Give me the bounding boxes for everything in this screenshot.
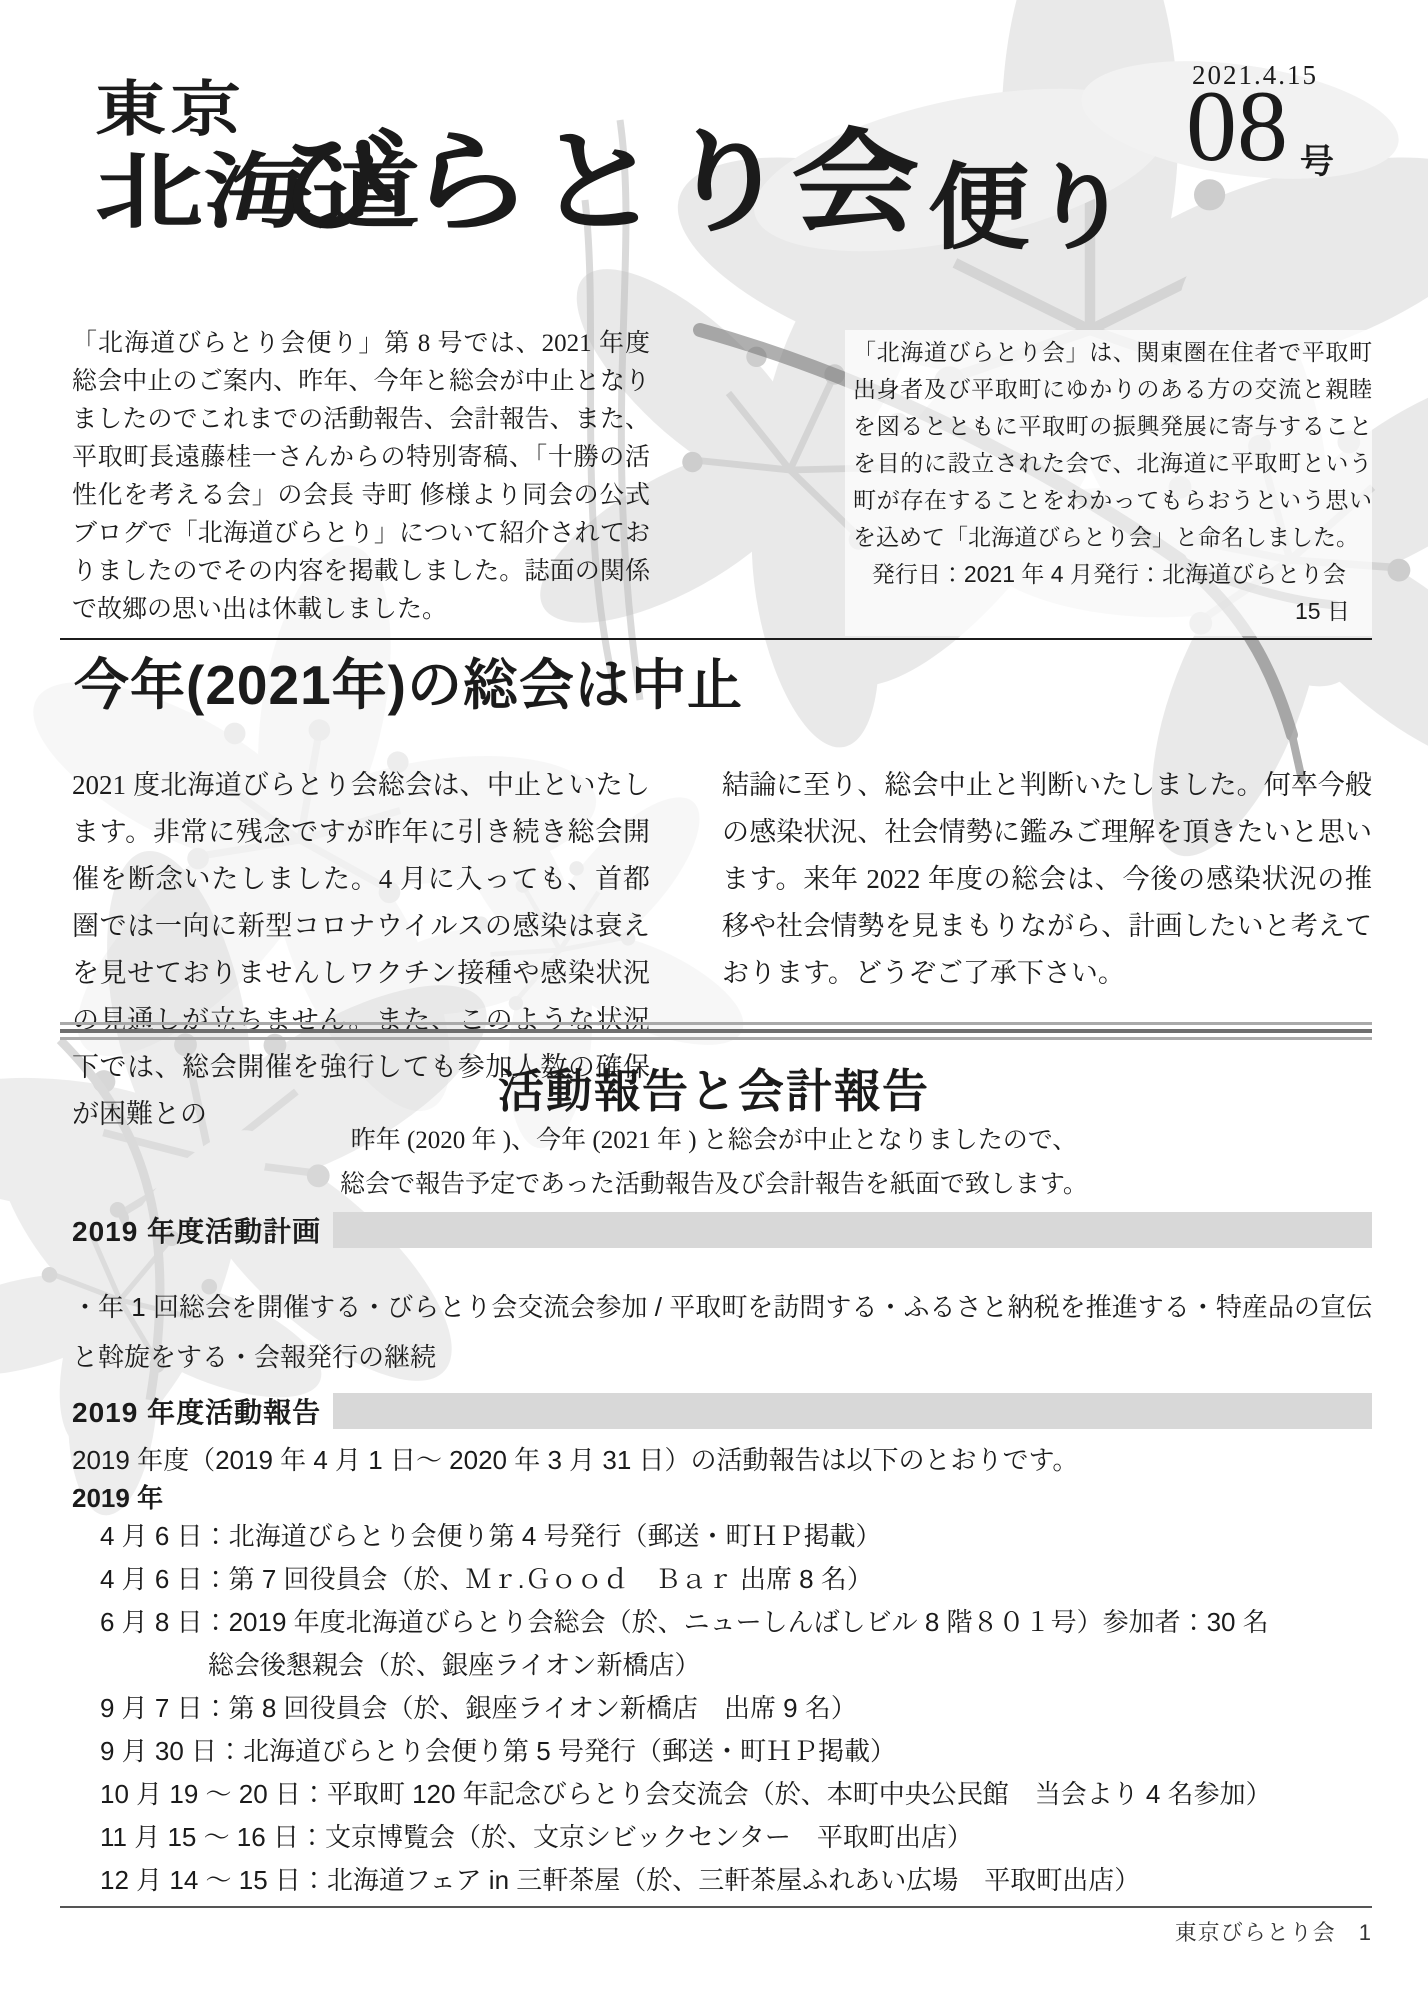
- activity-item: 11 月 15 ～ 16 日：文京博覧会（於、文京シビックセンター 平取町出店）: [100, 1817, 1380, 1857]
- masthead-title-suffix: 便り: [928, 162, 1131, 256]
- footer-page-label: 東京びらとり会 1: [0, 1916, 1372, 1947]
- report-heading: 活動報告と会計報告: [0, 1055, 1428, 1121]
- activity-item: 6 月 8 日：2019 年度北海道びらとり会総会（於、ニューしんばしビル 8 …: [100, 1602, 1380, 1642]
- activity-item: 9 月 30 日：北海道びらとり会便り第 5 号発行（郵送・町ＨＰ掲載）: [100, 1731, 1380, 1771]
- newsletter-page: 2021.4.15 08 号 東京 北海道 びらとり会 便り 「北海道びらとり会…: [0, 0, 1428, 2000]
- activity-item: 12 月 14 ～ 15 日：北海道フェア in 三軒茶屋（於、三軒茶屋ふれあい…: [100, 1860, 1380, 1900]
- activity-intro: 2019 年度（2019 年 4 月 1 日～ 2020 年 3 月 31 日）…: [72, 1440, 1372, 1477]
- activity-year-label: 2019 年: [72, 1478, 163, 1515]
- footer-rule: [60, 1906, 1372, 1908]
- activity-section-bar: 2019 年度活動報告: [72, 1393, 1372, 1429]
- issue-number: 08: [1186, 76, 1288, 178]
- about-association-box: 「北海道びらとり会」は、関東圏在住者で平取町出身者及び平取町にゆかりのある方の交…: [845, 330, 1372, 636]
- activity-section-label: 2019 年度活動報告: [72, 1391, 333, 1431]
- plan-section-bar: 2019 年度活動計画: [72, 1212, 1372, 1248]
- report-intro-line2: 総会で報告予定であった活動報告及び会計報告を紙面で致します。: [0, 1164, 1428, 1200]
- plan-body: ・年 1 回総会を開催する・びらとり会交流会参加 / 平取町を訪問する・ふるさと…: [72, 1282, 1372, 1382]
- report-intro-line1: 昨年 (2020 年 )、今年 (2021 年 ) と総会が中止となりましたので…: [0, 1120, 1428, 1156]
- cancellation-heading: 今年(2021年)の総会は中止: [74, 652, 743, 718]
- cancellation-column-right: 結論に至り、総会中止と判断いたしました。何卒今般の感染状況、社会情勢に鑑みご理解…: [722, 762, 1372, 997]
- activity-item: 10 月 19 ～ 20 日：平取町 120 年記念びらとり会交流会（於、本町中…: [100, 1774, 1380, 1814]
- activity-section-bar-fill: [333, 1393, 1372, 1429]
- masthead-title-main: びらとり会: [276, 128, 920, 240]
- publisher-line: 発行：北海道びらとり会: [1093, 556, 1346, 593]
- about-association-body: 「北海道びらとり会」は、関東圏在住者で平取町出身者及び平取町にゆかりのある方の交…: [853, 334, 1372, 556]
- plan-section-label: 2019 年度活動計画: [72, 1210, 333, 1250]
- masthead-divider-rule: [60, 638, 1372, 640]
- activity-item: 4 月 6 日：第 7 回役員会（於、Ｍｒ.Ｇｏｏｄ Ｂａｒ 出席 8 名）: [100, 1559, 1380, 1599]
- plan-section-bar-fill: [333, 1212, 1372, 1248]
- about-association-text: 「北海道びらとり会」は、関東圏在住者で平取町出身者及び平取町にゆかりのある方の交…: [853, 339, 1372, 550]
- activity-list: 4 月 6 日：北海道びらとり会便り第 4 号発行（郵送・町ＨＰ掲載） 4 月 …: [100, 1516, 1380, 1903]
- activity-item-continuation: 総会後懇親会（於、銀座ライオン新橋店）: [100, 1645, 1380, 1685]
- triple-rule-divider: [60, 1022, 1372, 1040]
- masthead-region-tokyo: 東京: [95, 80, 246, 140]
- activity-item: 4 月 6 日：北海道びらとり会便り第 4 号発行（郵送・町ＨＰ掲載）: [100, 1516, 1380, 1556]
- activity-item: 9 月 7 日：第 8 回役員会（於、銀座ライオン新橋店 出席 9 名）: [100, 1688, 1380, 1728]
- intro-paragraph: 「北海道びらとり会便り」第 8 号では、2021 年度総会中止のご案内、昨年、今…: [72, 325, 650, 629]
- issue-number-suffix: 号: [1300, 134, 1334, 183]
